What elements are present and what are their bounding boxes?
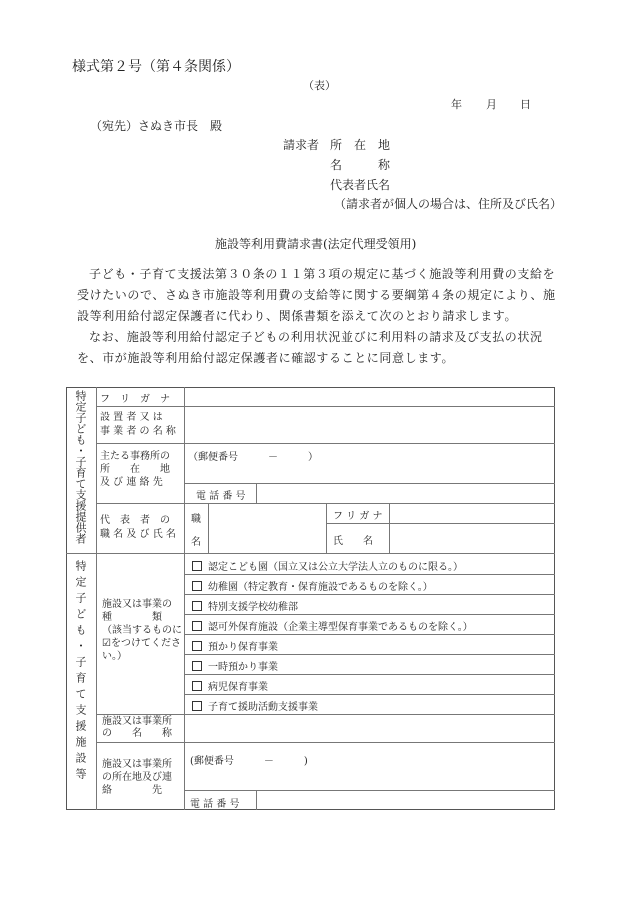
checkbox-icon[interactable] [192, 681, 202, 691]
label-line: 施設又は事業の [102, 598, 182, 611]
label-line: 代 表 者 の [100, 514, 176, 528]
facility-option-temporary-care[interactable]: 一時預かり事業 [192, 658, 278, 673]
checkbox-icon[interactable] [192, 601, 202, 611]
facility-option-unlicensed-daycare[interactable]: 認可外保育施設（企業主導型保育事業であるものを除く。） [192, 618, 473, 633]
option-label: 病児保育事業 [208, 682, 268, 693]
label-line: 所 在 地 [100, 463, 170, 476]
checkbox-icon[interactable] [192, 621, 202, 631]
facility-phone-label: 電 話 番 号 [190, 795, 240, 810]
requester-rep-label: 代表者氏名 [330, 176, 390, 193]
label-note: ☑をつけてくださ [102, 637, 182, 650]
divider [96, 742, 555, 743]
date-day-label: 日 [520, 96, 531, 112]
facility-option-special-support-school[interactable]: 特別支援学校幼稚部 [192, 598, 298, 613]
label-line: 絡 先 [102, 784, 172, 797]
divider [184, 790, 555, 791]
divider [184, 634, 555, 635]
option-label: 預かり保育事業 [208, 642, 278, 653]
divider [96, 387, 97, 810]
requester-note: （請求者が個人の場合は、住所及び氏名） [334, 195, 562, 212]
divider [96, 406, 555, 407]
provider-phone-label: 電 話 番 号 [196, 487, 246, 502]
label-line: の所在地及び連 [102, 771, 172, 784]
establisher-label: 設 置 者 又 は 事 業 者 の 名 称 [100, 411, 176, 439]
rep-name-field[interactable] [392, 526, 552, 550]
rep-furigana-label: フ リ ガ ナ [333, 507, 383, 522]
body-text: 子ども・子育て支援法第３０条の１１第３項の規定に基づく施設等利用費の支給を受けた… [77, 264, 562, 369]
facility-option-sick-child-care[interactable]: 病児保育事業 [192, 678, 268, 693]
divider [326, 523, 555, 524]
divider [184, 654, 555, 655]
checkbox-icon[interactable] [192, 561, 202, 571]
rep-name-label: 氏 名 [333, 532, 373, 547]
divider [184, 387, 185, 810]
label-line: 職 名 及 び 氏 名 [100, 528, 176, 542]
label-line: の 名 称 [102, 728, 172, 740]
rep-furigana-field[interactable] [392, 505, 552, 521]
divider [96, 714, 555, 715]
requester-label: 請求者 [283, 136, 319, 153]
label-note: い。） [102, 650, 182, 663]
option-label: 一時預かり事業 [208, 662, 278, 673]
divider [184, 594, 555, 595]
rep-job-title-field[interactable] [212, 506, 322, 550]
checkbox-icon[interactable] [192, 581, 202, 591]
rep-title-name-label: 代 表 者 の 職 名 及 び 氏 名 [100, 514, 176, 542]
facility-section-label: 特定子ども・子育て支援施設等 [73, 560, 87, 805]
divider [326, 503, 327, 553]
provider-section-label: 特定子ども・子育て支援提供者 [73, 390, 87, 550]
establisher-name-field[interactable] [188, 409, 552, 440]
requester-name-label: 名 称 [330, 156, 390, 173]
divider [184, 483, 555, 484]
provider-furigana-label: フ リ ガ ナ [100, 390, 180, 405]
label-text: フ リ ガ ナ [100, 390, 170, 405]
option-label: 幼稚園（特定教育・保育施設であるものを除く。） [208, 582, 433, 593]
divider [96, 443, 555, 444]
checkbox-icon[interactable] [192, 661, 202, 671]
label-line: 施設又は事業所 [102, 716, 172, 728]
divider [184, 694, 555, 695]
label-line: 主たる事務所の [100, 450, 170, 463]
label-line: 事 業 者 の 名 称 [100, 425, 176, 439]
label-line: 及 び 連 絡 先 [100, 476, 170, 489]
body-paragraph-2: なお、施設等利用給付認定子どもの利用状況並びに利用料の請求及び支払の状況を、市が… [77, 327, 562, 369]
divider [256, 790, 257, 810]
requester-address-label: 所 在 地 [330, 136, 390, 153]
checkbox-icon[interactable] [192, 641, 202, 651]
option-label: 特別支援学校幼稚部 [208, 602, 298, 613]
provider-postal-code-field[interactable]: （郵便番号 － ） [188, 448, 318, 463]
provider-furigana-field[interactable] [188, 389, 552, 404]
facility-option-kindergarten[interactable]: 幼稚園（特定教育・保育施設であるものを除く。） [192, 578, 433, 593]
job-label-2: 名 [191, 533, 201, 548]
option-label: 認可外保育施設（企業主導型保育事業であるものを除く。） [208, 622, 473, 633]
job-label-1: 職 [191, 510, 201, 525]
divider [184, 614, 555, 615]
label-line: 施設又は事業所 [102, 758, 172, 771]
divider [208, 503, 209, 553]
label-line: 設 置 者 又 は [100, 411, 176, 425]
divider [256, 483, 257, 503]
date-year-label: 年 [451, 96, 462, 112]
label-line: 種 類 [102, 611, 182, 624]
side-label: （表） [303, 77, 336, 93]
facility-name-label: 施設又は事業所 の 名 称 [102, 716, 172, 740]
form-number: 様式第２号（第４条関係） [72, 56, 240, 76]
divider [184, 574, 555, 575]
option-label: 認定こども園（国立又は公立大学法人立のものに限る。） [208, 562, 463, 573]
facility-option-certified-kodomoen[interactable]: 認定こども園（国立又は公立大学法人立のものに限る。） [192, 558, 463, 573]
option-label: 子育て援助活動支援事業 [208, 702, 318, 713]
facility-option-extended-care[interactable]: 預かり保育事業 [192, 638, 278, 653]
facility-postal-code-field[interactable]: (郵便番号 － ) [190, 752, 308, 767]
document-title: 施設等利用費請求書(法定代理受領用) [215, 235, 416, 252]
facility-location-label: 施設又は事業所 の所在地及び連 絡 先 [102, 758, 172, 797]
divider [389, 503, 390, 553]
label-note: （該当するものに [102, 624, 182, 637]
checkbox-icon[interactable] [192, 701, 202, 711]
addressee: （宛先）さぬき市長 殿 [90, 117, 222, 134]
facility-name-field[interactable] [188, 717, 552, 739]
divider [184, 674, 555, 675]
facility-phone-field[interactable] [260, 792, 550, 808]
office-label: 主たる事務所の 所 在 地 及 び 連 絡 先 [100, 450, 170, 489]
facility-option-family-support[interactable]: 子育て援助活動支援事業 [192, 698, 318, 713]
provider-phone-field[interactable] [260, 485, 550, 501]
facility-type-label: 施設又は事業の 種 類 （該当するものに ☑をつけてくださ い。） [102, 598, 182, 663]
date-month-label: 月 [486, 96, 497, 112]
divider [96, 503, 555, 504]
divider [66, 553, 555, 554]
body-paragraph-1: 子ども・子育て支援法第３０条の１１第３項の規定に基づく施設等利用費の支給を受けた… [77, 264, 562, 327]
